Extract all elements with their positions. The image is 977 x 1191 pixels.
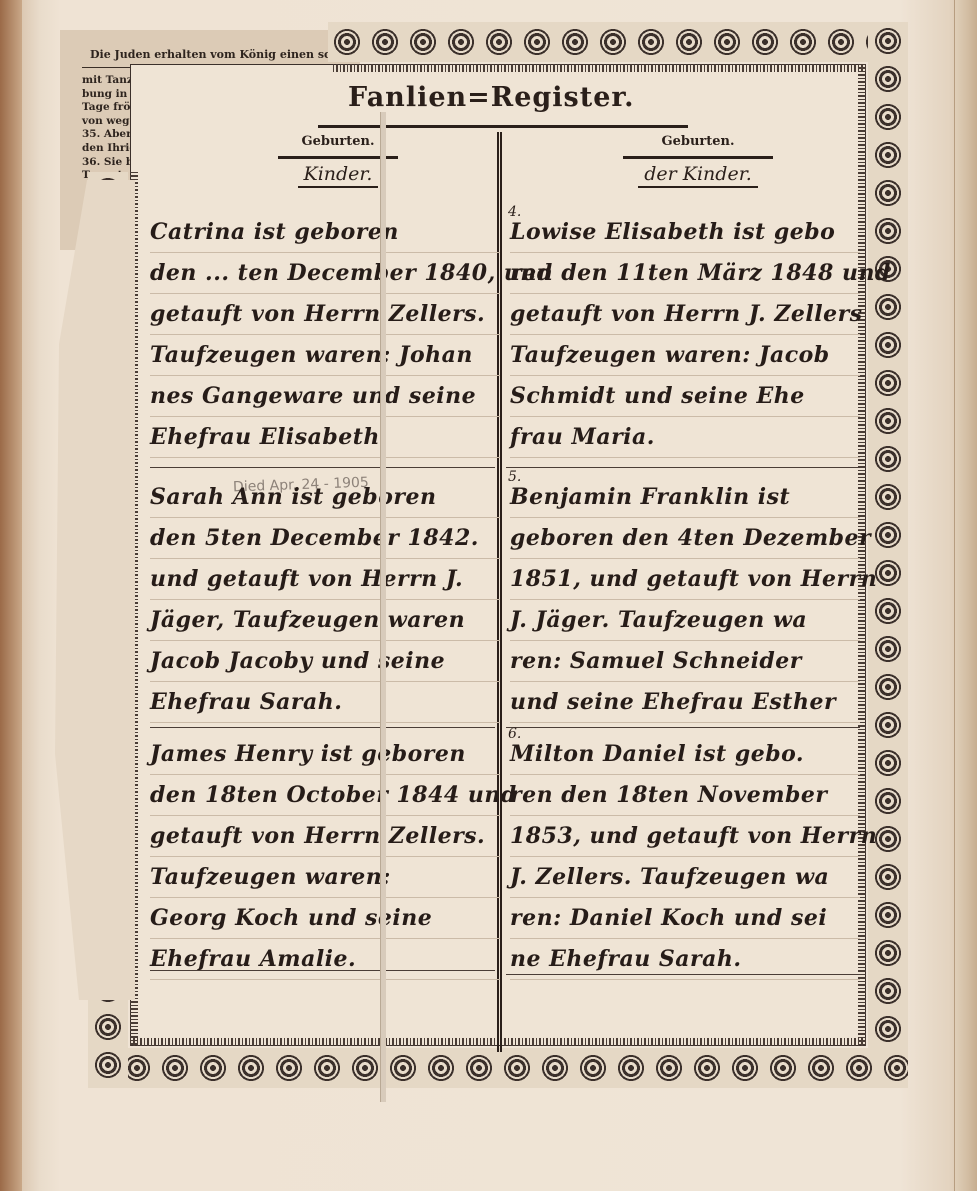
left-column-header: Geburten. Kinder. — [268, 134, 408, 188]
entry-line: getauft von Herrn J. Zellers — [510, 294, 860, 335]
torn-paper-edge — [55, 180, 135, 1000]
entry-line: getauft von Herrn Zellers. — [150, 294, 500, 335]
entry-line: Taufzeugen waren: Jacob — [510, 335, 860, 376]
entry-separator — [506, 974, 860, 975]
birth-entry-5: 5. Benjamin Franklin ist geboren den 4te… — [510, 477, 860, 723]
entry-separator — [150, 970, 495, 971]
entry-number: 6. — [508, 726, 521, 742]
entry-separator — [150, 727, 495, 728]
heading-rule — [623, 156, 773, 159]
entry-line: Ehefrau Elisabeth. — [150, 417, 500, 458]
page-edge — [954, 0, 977, 1191]
entry-line: 1851, und getauft von Herrn — [510, 559, 860, 600]
entry-line: und getauft von Herrn J. — [150, 559, 500, 600]
entry-separator — [150, 467, 495, 468]
entry-line: ren: Samuel Schneider — [510, 641, 860, 682]
entry-line: Ehefrau Amalie. — [150, 939, 500, 980]
left-column-subheading: Kinder. — [298, 163, 379, 188]
entry-line: ren den 18ten November — [510, 775, 860, 816]
entry-line: Milton Daniel ist gebo. — [510, 734, 860, 775]
ornamental-border-right — [868, 22, 908, 1088]
entry-line: Schmidt und seine Ehe — [510, 376, 860, 417]
entry-line: ren: Daniel Koch und sei — [510, 898, 860, 939]
entry-line: 1853, und getauft von Herrn — [510, 816, 860, 857]
entry-line: Catrina ist geboren — [150, 212, 500, 253]
entry-line: den 18ten October 1844 und — [150, 775, 500, 816]
entry-line: Jäger, Taufzeugen waren — [150, 600, 500, 641]
entry-separator — [506, 727, 860, 728]
entry-line: den 5ten December 1842. — [150, 518, 500, 559]
entry-line: Benjamin Franklin ist — [510, 477, 860, 518]
birth-entry-1: 1. Catrina ist geboren den ... ten Decem… — [150, 212, 500, 458]
entry-line: Ehefrau Sarah. — [150, 682, 500, 723]
entry-line: Georg Koch und seine — [150, 898, 500, 939]
entry-separator — [506, 467, 860, 468]
entry-line: Lowise Elisabeth ist gebo — [510, 212, 860, 253]
ornamental-border-bottom — [118, 1048, 908, 1088]
paper-crack — [380, 112, 386, 1102]
page-title: Fanlien=Register. — [348, 82, 635, 113]
entry-line: Jacob Jacoby und seine — [150, 641, 500, 682]
entry-line: frau Maria. — [510, 417, 860, 458]
entry-number: 4. — [508, 204, 521, 220]
entry-line: Taufzeugen waren: Johan — [150, 335, 500, 376]
entry-line: geboren den 4ten Dezember — [510, 518, 860, 559]
entry-line: und seine Ehefrau Esther — [510, 682, 860, 723]
entry-number: 5. — [508, 469, 521, 485]
entry-line: nes Gangeware und seine — [150, 376, 500, 417]
birth-entry-4: 4. Lowise Elisabeth ist gebo ren den 11t… — [510, 212, 860, 458]
entry-line: James Henry ist geboren — [150, 734, 500, 775]
entry-line: getauft von Herrn Zellers. — [150, 816, 500, 857]
entry-line: Taufzeugen waren: — [150, 857, 500, 898]
entry-line: Sarah Ann ist geboren — [150, 477, 500, 518]
entry-line: J. Jäger. Taufzeugen wa — [510, 600, 860, 641]
birth-entry-3: 3. James Henry ist geboren den 18ten Oct… — [150, 734, 500, 980]
right-column-heading: Geburten. — [613, 134, 783, 149]
birth-entry-2: 2. Sarah Ann ist geboren den 5ten Decemb… — [150, 477, 500, 723]
tick-border-top — [333, 64, 866, 72]
title-rule — [318, 125, 688, 128]
left-column-heading: Geburten. — [268, 134, 408, 149]
ornamental-border-top — [328, 22, 908, 62]
book-spine — [0, 0, 22, 1191]
birth-entry-6: 6. Milton Daniel ist gebo. ren den 18ten… — [510, 734, 860, 980]
entry-line: ren den 11ten März 1848 und — [510, 253, 860, 294]
entry-line: den ... ten December 1840, und — [150, 253, 500, 294]
entry-line: J. Zellers. Taufzeugen wa — [510, 857, 860, 898]
register-frame: Fanlien=Register. Geburten. Kinder. Gebu… — [88, 22, 908, 1088]
right-column-header: Geburten. der Kinder. — [613, 134, 783, 188]
right-column-subheading: der Kinder. — [638, 163, 757, 188]
